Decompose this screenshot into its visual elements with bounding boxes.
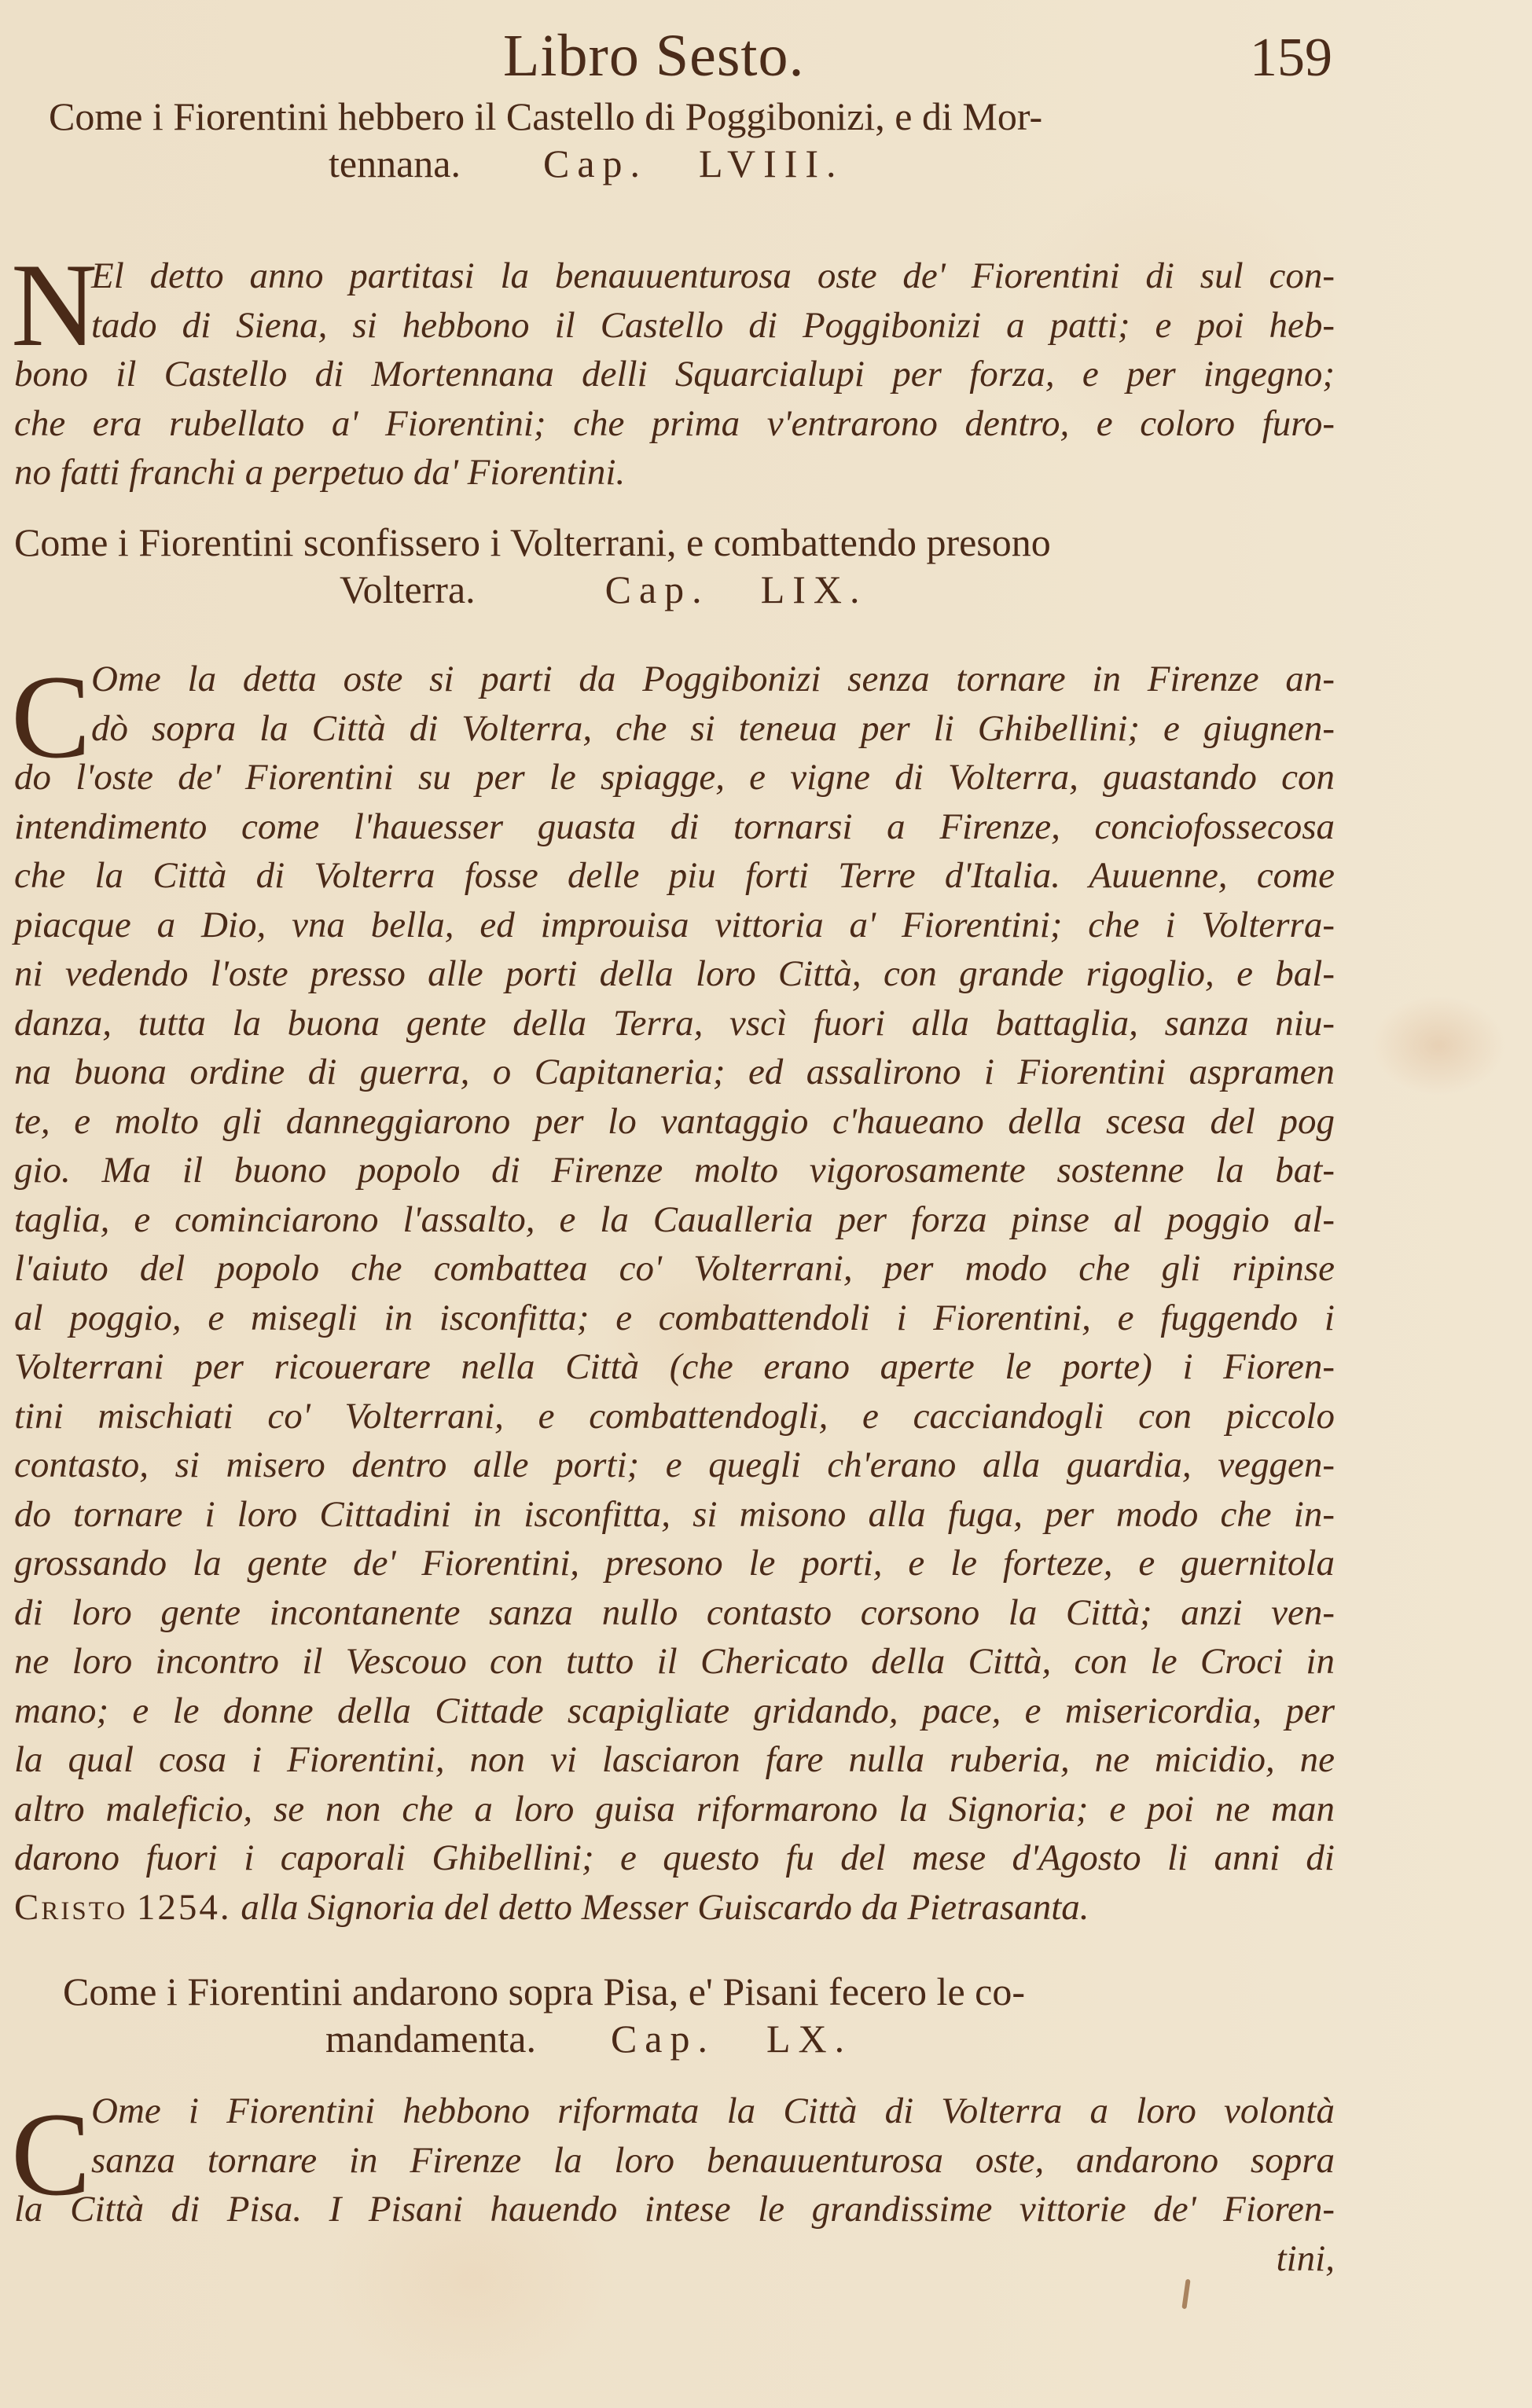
heading-line-2: Volterra. Cap. LIX. bbox=[14, 566, 1350, 613]
year: 1254. bbox=[137, 1887, 232, 1928]
text-line: sanza tornare in Firenze la loro benauue… bbox=[14, 2136, 1335, 2186]
text-line: mano; e le donne della Cittade scapiglia… bbox=[14, 1687, 1335, 1736]
heading-line: Come i Fiorentini hebbero il Castello di… bbox=[49, 93, 1385, 140]
text-line: grossando la gente de' Fiorentini, preso… bbox=[14, 1539, 1335, 1588]
ink-blot bbox=[1181, 2279, 1190, 2309]
book-page: Libro Sesto. 159 Come i Fiorentini hebbe… bbox=[0, 0, 1532, 2408]
text-line: piacque a Dio, vna bella, ed improuisa v… bbox=[14, 901, 1335, 950]
text-line: Ome i Fiorentini hebbono riformata la Ci… bbox=[14, 2087, 1335, 2136]
chapter-lix-body: Ome la detta oste si parti da Poggiboniz… bbox=[14, 655, 1335, 1932]
text-line: la Città di Pisa. I Pisani hauendo intes… bbox=[14, 2185, 1335, 2234]
text-line: al poggio, e misegli in isconfitta; e co… bbox=[14, 1294, 1335, 1343]
text-line: El detto anno partitasi la benauuenturos… bbox=[14, 251, 1335, 301]
text-line: gio. Ma il buono popolo di Firenze molto… bbox=[14, 1146, 1335, 1195]
chapter-label: Cap. bbox=[543, 141, 648, 185]
text-line: ni vedendo l'oste presso alle porti dell… bbox=[14, 949, 1335, 999]
text-line: do l'oste de' Fiorentini su per le spiag… bbox=[14, 753, 1335, 802]
text-line: bono il Castello di Mortennana delli Squ… bbox=[14, 350, 1335, 399]
page-number: 159 bbox=[1250, 27, 1332, 90]
heading-line-2: tennana. Cap. LVIII. bbox=[49, 140, 1385, 187]
text-line: danza, tutta la buona gente della Terra,… bbox=[14, 999, 1335, 1048]
chapter-number: LVIII. bbox=[699, 141, 844, 185]
chapter-label: Cap. bbox=[605, 567, 710, 611]
text-line: che la Città di Volterra fosse delle piu… bbox=[14, 851, 1335, 901]
text-line: do tornare i loro Cittadini in isconfitt… bbox=[14, 1490, 1335, 1540]
text-line: darono fuori i caporali Ghibellini; e qu… bbox=[14, 1834, 1335, 1883]
heading-line-2-text: tennana. bbox=[329, 141, 461, 185]
text-line: Volterrani per ricouerare nella Città (c… bbox=[14, 1342, 1335, 1392]
heading-line-2-text: mandamenta. bbox=[325, 2017, 536, 2061]
text-line: tini mischiati co' Volterrani, e combatt… bbox=[14, 1392, 1335, 1441]
heading-line-2-text: Volterra. bbox=[340, 567, 476, 611]
chapter-lx-body: Ome i Fiorentini hebbono riformata la Ci… bbox=[14, 2087, 1335, 2283]
chapter-number: LX. bbox=[766, 2017, 852, 2061]
text-line: taglia, e cominciarono l'assalto, e la C… bbox=[14, 1195, 1335, 1245]
chapter-number: LIX. bbox=[761, 567, 868, 611]
text-line: Ome la detta oste si parti da Poggiboniz… bbox=[14, 655, 1335, 704]
text-line: contasto, si misero dentro alle porti; e… bbox=[14, 1441, 1335, 1490]
text-line: la qual cosa i Fiorentini, non vi lascia… bbox=[14, 1735, 1335, 1785]
text-line: tado di Siena, si hebbono il Castello di… bbox=[14, 301, 1335, 351]
closing-line: Cristo 1254. alla Signoria del detto Mes… bbox=[14, 1883, 1335, 1933]
heading-line: Come i Fiorentini andarono sopra Pisa, e… bbox=[63, 1968, 1399, 2015]
running-title: Libro Sesto. bbox=[503, 22, 805, 90]
chapter-heading-lviii: Come i Fiorentini hebbero il Castello di… bbox=[49, 93, 1385, 187]
chapter-heading-lx: Come i Fiorentini andarono sopra Pisa, e… bbox=[63, 1968, 1399, 2062]
text-line: dò sopra la Città di Volterra, che si te… bbox=[14, 704, 1335, 754]
closing-text: alla Signoria del detto Messer Guiscardo… bbox=[241, 1887, 1089, 1928]
text-line: altro maleficio, se non che a loro guisa… bbox=[14, 1785, 1335, 1834]
chapter-label: Cap. bbox=[611, 2017, 715, 2061]
running-head: Libro Sesto. 159 bbox=[0, 22, 1352, 85]
smallcaps-word: Cristo bbox=[14, 1887, 127, 1928]
text-line: na buona ordine di guerra, o Capitaneria… bbox=[14, 1048, 1335, 1097]
text-line: intendimento come l'hauesser guasta di t… bbox=[14, 802, 1335, 852]
text-line: te, e molto gli danneggiarono per lo van… bbox=[14, 1097, 1335, 1147]
text-line: ne loro incontro il Vescouo con tutto il… bbox=[14, 1637, 1335, 1687]
catchword: tini, bbox=[14, 2234, 1335, 2284]
text-line: di loro gente incontanente sanza nullo c… bbox=[14, 1588, 1335, 1638]
chapter-lviii-body: El detto anno partitasi la benauuenturos… bbox=[14, 251, 1335, 497]
text-line: no fatti franchi a perpetuo da' Fiorenti… bbox=[14, 448, 1335, 497]
text-line: che era rubellato a' Fiorentini; che pri… bbox=[14, 399, 1335, 449]
heading-line-2: mandamenta. Cap. LX. bbox=[63, 2015, 1399, 2062]
chapter-heading-lix: Come i Fiorentini sconfissero i Volterra… bbox=[14, 519, 1350, 613]
text-line: l'aiuto del popolo che combattea co' Vol… bbox=[14, 1244, 1335, 1294]
heading-line: Come i Fiorentini sconfissero i Volterra… bbox=[14, 519, 1350, 566]
